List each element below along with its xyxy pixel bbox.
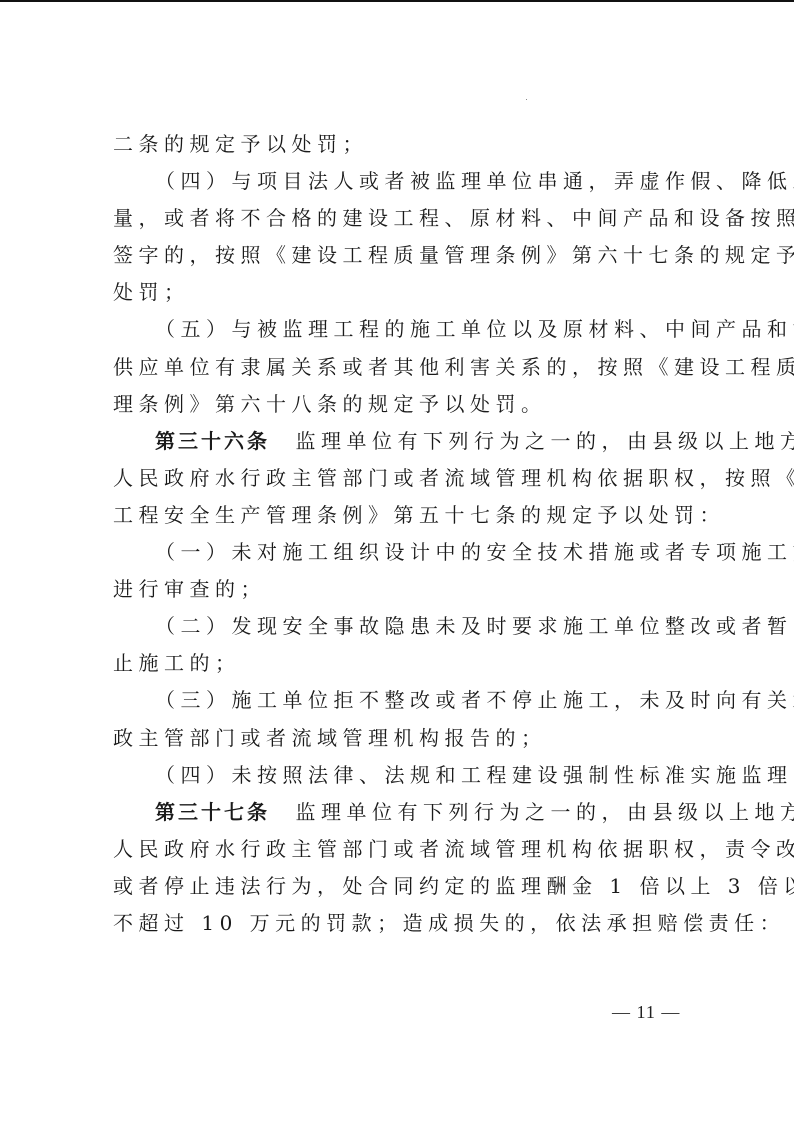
line-text: 监理单位有下列行为之一的，由县级以上地方 — [270, 429, 794, 453]
text-line: 进行审查的； — [113, 571, 703, 608]
text-line: （四）未按照法律、法规和工程建设强制性标准实施监理的。 — [113, 757, 703, 794]
article-37-heading-line: 第三十七条 监理单位有下列行为之一的，由县级以上地方 — [113, 794, 703, 831]
scan-speck — [526, 99, 527, 100]
line-text: 监理单位有下列行为之一的，由县级以上地方 — [270, 800, 794, 824]
text-line: 处罚； — [113, 274, 703, 311]
text-line: 人民政府水行政主管部门或者流域管理机构依据职权，责令改正 — [113, 831, 703, 868]
line-text: （三）施工单位拒不整改或者不停止施工，未及时向有关水行 — [155, 688, 794, 712]
line-text: 进行审查的； — [113, 577, 266, 601]
text-line: （四）与项目法人或者被监理单位串通，弄虚作假、降低工程质 — [113, 163, 703, 200]
top-border-line — [0, 0, 794, 2]
line-text: 止施工的； — [113, 651, 241, 675]
line-text: （一）未对施工组织设计中的安全技术措施或者专项施工方案 — [155, 540, 794, 564]
line-text: （二）发现安全事故隐患未及时要求施工单位整改或者暂时停 — [155, 614, 794, 638]
line-text: 不超过 10 万元的罚款；造成损失的，依法承担赔偿责任： — [113, 911, 785, 935]
line-text: 人民政府水行政主管部门或者流域管理机构依据职权，责令改正 — [113, 837, 794, 861]
text-line: 人民政府水行政主管部门或者流域管理机构依据职权，按照《建设 — [113, 460, 703, 497]
article-number: 第三十七条 — [155, 800, 270, 824]
text-line: 供应单位有隶属关系或者其他利害关系的，按照《建设工程质量管 — [113, 349, 703, 386]
page-number: — 11 — — [612, 1002, 680, 1023]
line-text: 工程安全生产管理条例》第五十七条的规定予以处罚： — [113, 503, 725, 527]
line-text: 签字的，按照《建设工程质量管理条例》第六十七条的规定予以 — [113, 243, 794, 267]
text-line: （三）施工单位拒不整改或者不停止施工，未及时向有关水行 — [113, 682, 703, 719]
line-text: 理条例》第六十八条的规定予以处罚。 — [113, 392, 547, 416]
text-line: 或者停止违法行为，处合同约定的监理酬金 1 倍以上 3 倍以下且 — [113, 868, 703, 905]
text-line: （一）未对施工组织设计中的安全技术措施或者专项施工方案 — [113, 534, 703, 571]
text-line: 二条的规定予以处罚； — [113, 126, 703, 163]
text-line: 止施工的； — [113, 645, 703, 682]
line-text: 处罚； — [113, 280, 190, 304]
line-text: 政主管部门或者流域管理机构报告的； — [113, 726, 547, 750]
text-line: 工程安全生产管理条例》第五十七条的规定予以处罚： — [113, 497, 703, 534]
text-line: （二）发现安全事故隐患未及时要求施工单位整改或者暂时停 — [113, 608, 703, 645]
text-line: 不超过 10 万元的罚款；造成损失的，依法承担赔偿责任： — [113, 905, 703, 942]
article-number: 第三十六条 — [155, 429, 270, 453]
text-line: （五）与被监理工程的施工单位以及原材料、中间产品和设备 — [113, 311, 703, 348]
line-text: 或者停止违法行为，处合同约定的监理酬金 1 倍以上 3 倍以下且 — [113, 874, 794, 898]
text-line: 量，或者将不合格的建设工程、原材料、中间产品和设备按照合格 — [113, 200, 703, 237]
line-text: 二条的规定予以处罚； — [113, 132, 368, 156]
text-line: 理条例》第六十八条的规定予以处罚。 — [113, 386, 703, 423]
line-text: （五）与被监理工程的施工单位以及原材料、中间产品和设备 — [155, 317, 794, 341]
line-text: 量，或者将不合格的建设工程、原材料、中间产品和设备按照合格 — [113, 206, 794, 230]
line-text: 供应单位有隶属关系或者其他利害关系的，按照《建设工程质量管 — [113, 355, 794, 379]
line-text: 人民政府水行政主管部门或者流域管理机构依据职权，按照《建设 — [113, 466, 794, 490]
line-text: （四）未按照法律、法规和工程建设强制性标准实施监理的。 — [155, 763, 794, 787]
text-line: 签字的，按照《建设工程质量管理条例》第六十七条的规定予以 — [113, 237, 703, 274]
line-text: （四）与项目法人或者被监理单位串通，弄虚作假、降低工程质 — [155, 169, 794, 193]
article-36-heading-line: 第三十六条 监理单位有下列行为之一的，由县级以上地方 — [113, 423, 703, 460]
text-line: 政主管部门或者流域管理机构报告的； — [113, 720, 703, 757]
document-body: 二条的规定予以处罚； （四）与项目法人或者被监理单位串通，弄虚作假、降低工程质 … — [113, 126, 703, 942]
